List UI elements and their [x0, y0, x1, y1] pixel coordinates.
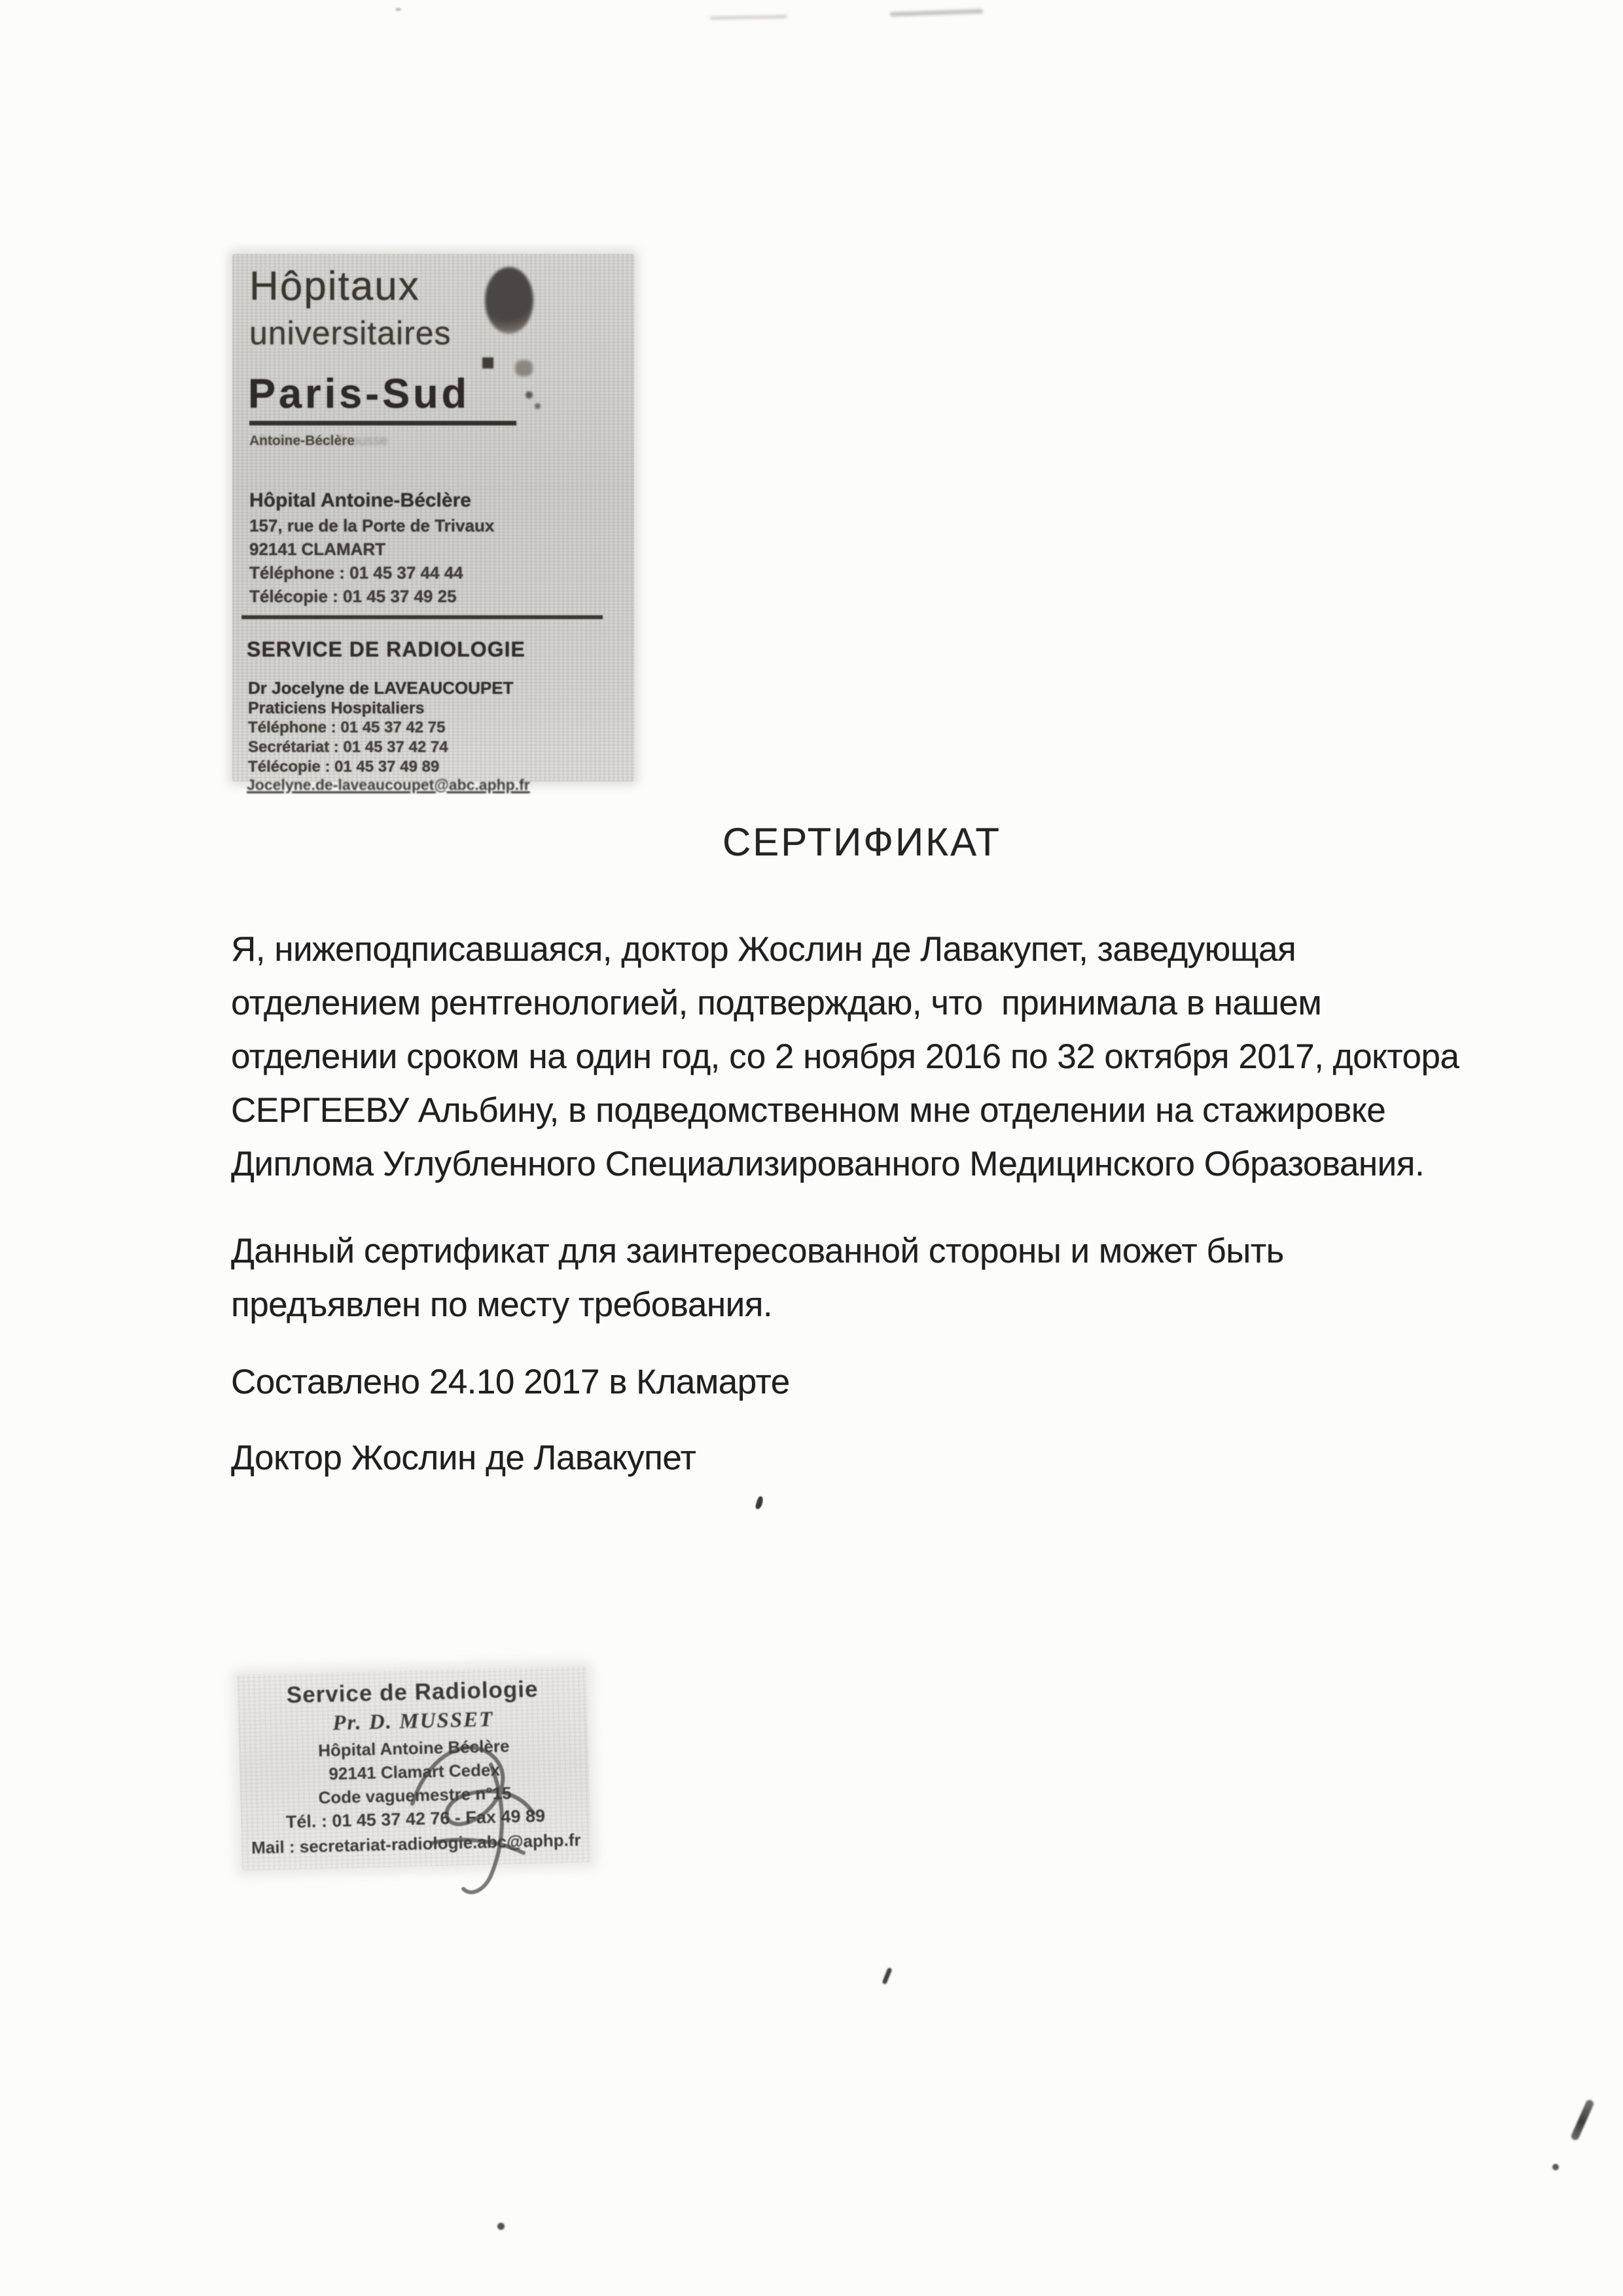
divider	[241, 615, 603, 619]
contact-fax: Télécopie : 01 45 37 49 89	[248, 758, 439, 776]
text-line: Диплома Углубленного Специализированного…	[231, 1138, 1459, 1191]
logo-line-hopitaux: Hôpitaux	[249, 263, 420, 310]
letterhead: Hôpitaux universitaires Paris-Sud Antoin…	[232, 254, 634, 781]
address-line: 157, rue de la Porte de Trivaux	[249, 516, 494, 536]
scan-apostrophe-mark	[882, 1967, 892, 1985]
contact-secretariat: Secrétariat : 01 45 37 42 74	[248, 738, 448, 757]
logo-line-paris-sud: Paris-Sud	[248, 370, 470, 418]
certificate-paragraph-1: Я, нижеподписавшаяся, доктор Жослин де Л…	[231, 923, 1459, 1191]
scan-speck	[497, 2223, 505, 2230]
doctor-title: Praticiens Hospitaliers	[248, 699, 425, 718]
sphere-dot-icon	[485, 267, 533, 334]
scan-slash-mark	[1570, 2098, 1595, 2141]
logo-dot-icon	[526, 391, 533, 399]
text-line: отделением рентгенологией, подтверждаю, …	[231, 977, 1459, 1030]
scanned-certificate-page: Hôpitaux universitaires Paris-Sud Antoin…	[0, 0, 1623, 2296]
certificate-paragraph-2: Данный сертификат для заинтересованной с…	[231, 1225, 1284, 1332]
text-line: отделении сроком на один год, со 2 ноябр…	[231, 1030, 1459, 1084]
contact-phone: Téléphone : 01 45 37 42 75	[248, 719, 446, 737]
signature-scrawl	[393, 1725, 550, 1909]
scan-smudge	[890, 9, 983, 17]
scan-speck	[1552, 2164, 1559, 2170]
scan-speck	[395, 8, 401, 11]
doctor-name: Dr Jocelyne de LAVEAUCOUPET	[248, 678, 514, 698]
certificate-title: СЕРТИФИКАТ	[722, 819, 1001, 865]
text-line: СЕРГЕЕВУ Альбину, в подведомственном мне…	[231, 1084, 1459, 1138]
logo-dot-icon	[515, 360, 533, 376]
logo-line-universitaires: universitaires	[249, 314, 452, 352]
hospital-name: Hôpital Antoine-Béclère	[249, 490, 471, 512]
date-line: Составлено 24.10 2017 в Кламарте	[231, 1355, 790, 1409]
text-line: Данный сертификат для заинтересованной с…	[231, 1225, 1284, 1278]
logo-dot-icon	[535, 403, 541, 409]
scan-comma-mark	[755, 1496, 764, 1510]
fax-line: Télécopie : 01 45 37 49 25	[249, 586, 457, 607]
logo-underline	[249, 421, 516, 425]
text-line: предъявлен по месту требования.	[231, 1278, 1284, 1332]
address-line: 92141 CLAMART	[249, 539, 385, 560]
stamp-service: Service de Radiologie	[238, 1676, 588, 1710]
service-name: SERVICE DE RADIOLOGIE	[247, 637, 526, 662]
email-address: Jocelyne.de-laveaucoupet@abc.aphp.fr	[247, 776, 530, 794]
scan-smudge	[710, 15, 787, 20]
signatory-line: Доктор Жослин де Лавакупет	[231, 1431, 696, 1485]
logo-square-icon	[482, 357, 493, 368]
text-line: Я, нижеподписавшаяся, доктор Жослин де Л…	[231, 923, 1459, 977]
phone-line: Téléphone : 01 45 37 44 44	[249, 563, 463, 583]
logo-subline-faint: Bicêtre Paul-Brousse	[259, 433, 387, 449]
